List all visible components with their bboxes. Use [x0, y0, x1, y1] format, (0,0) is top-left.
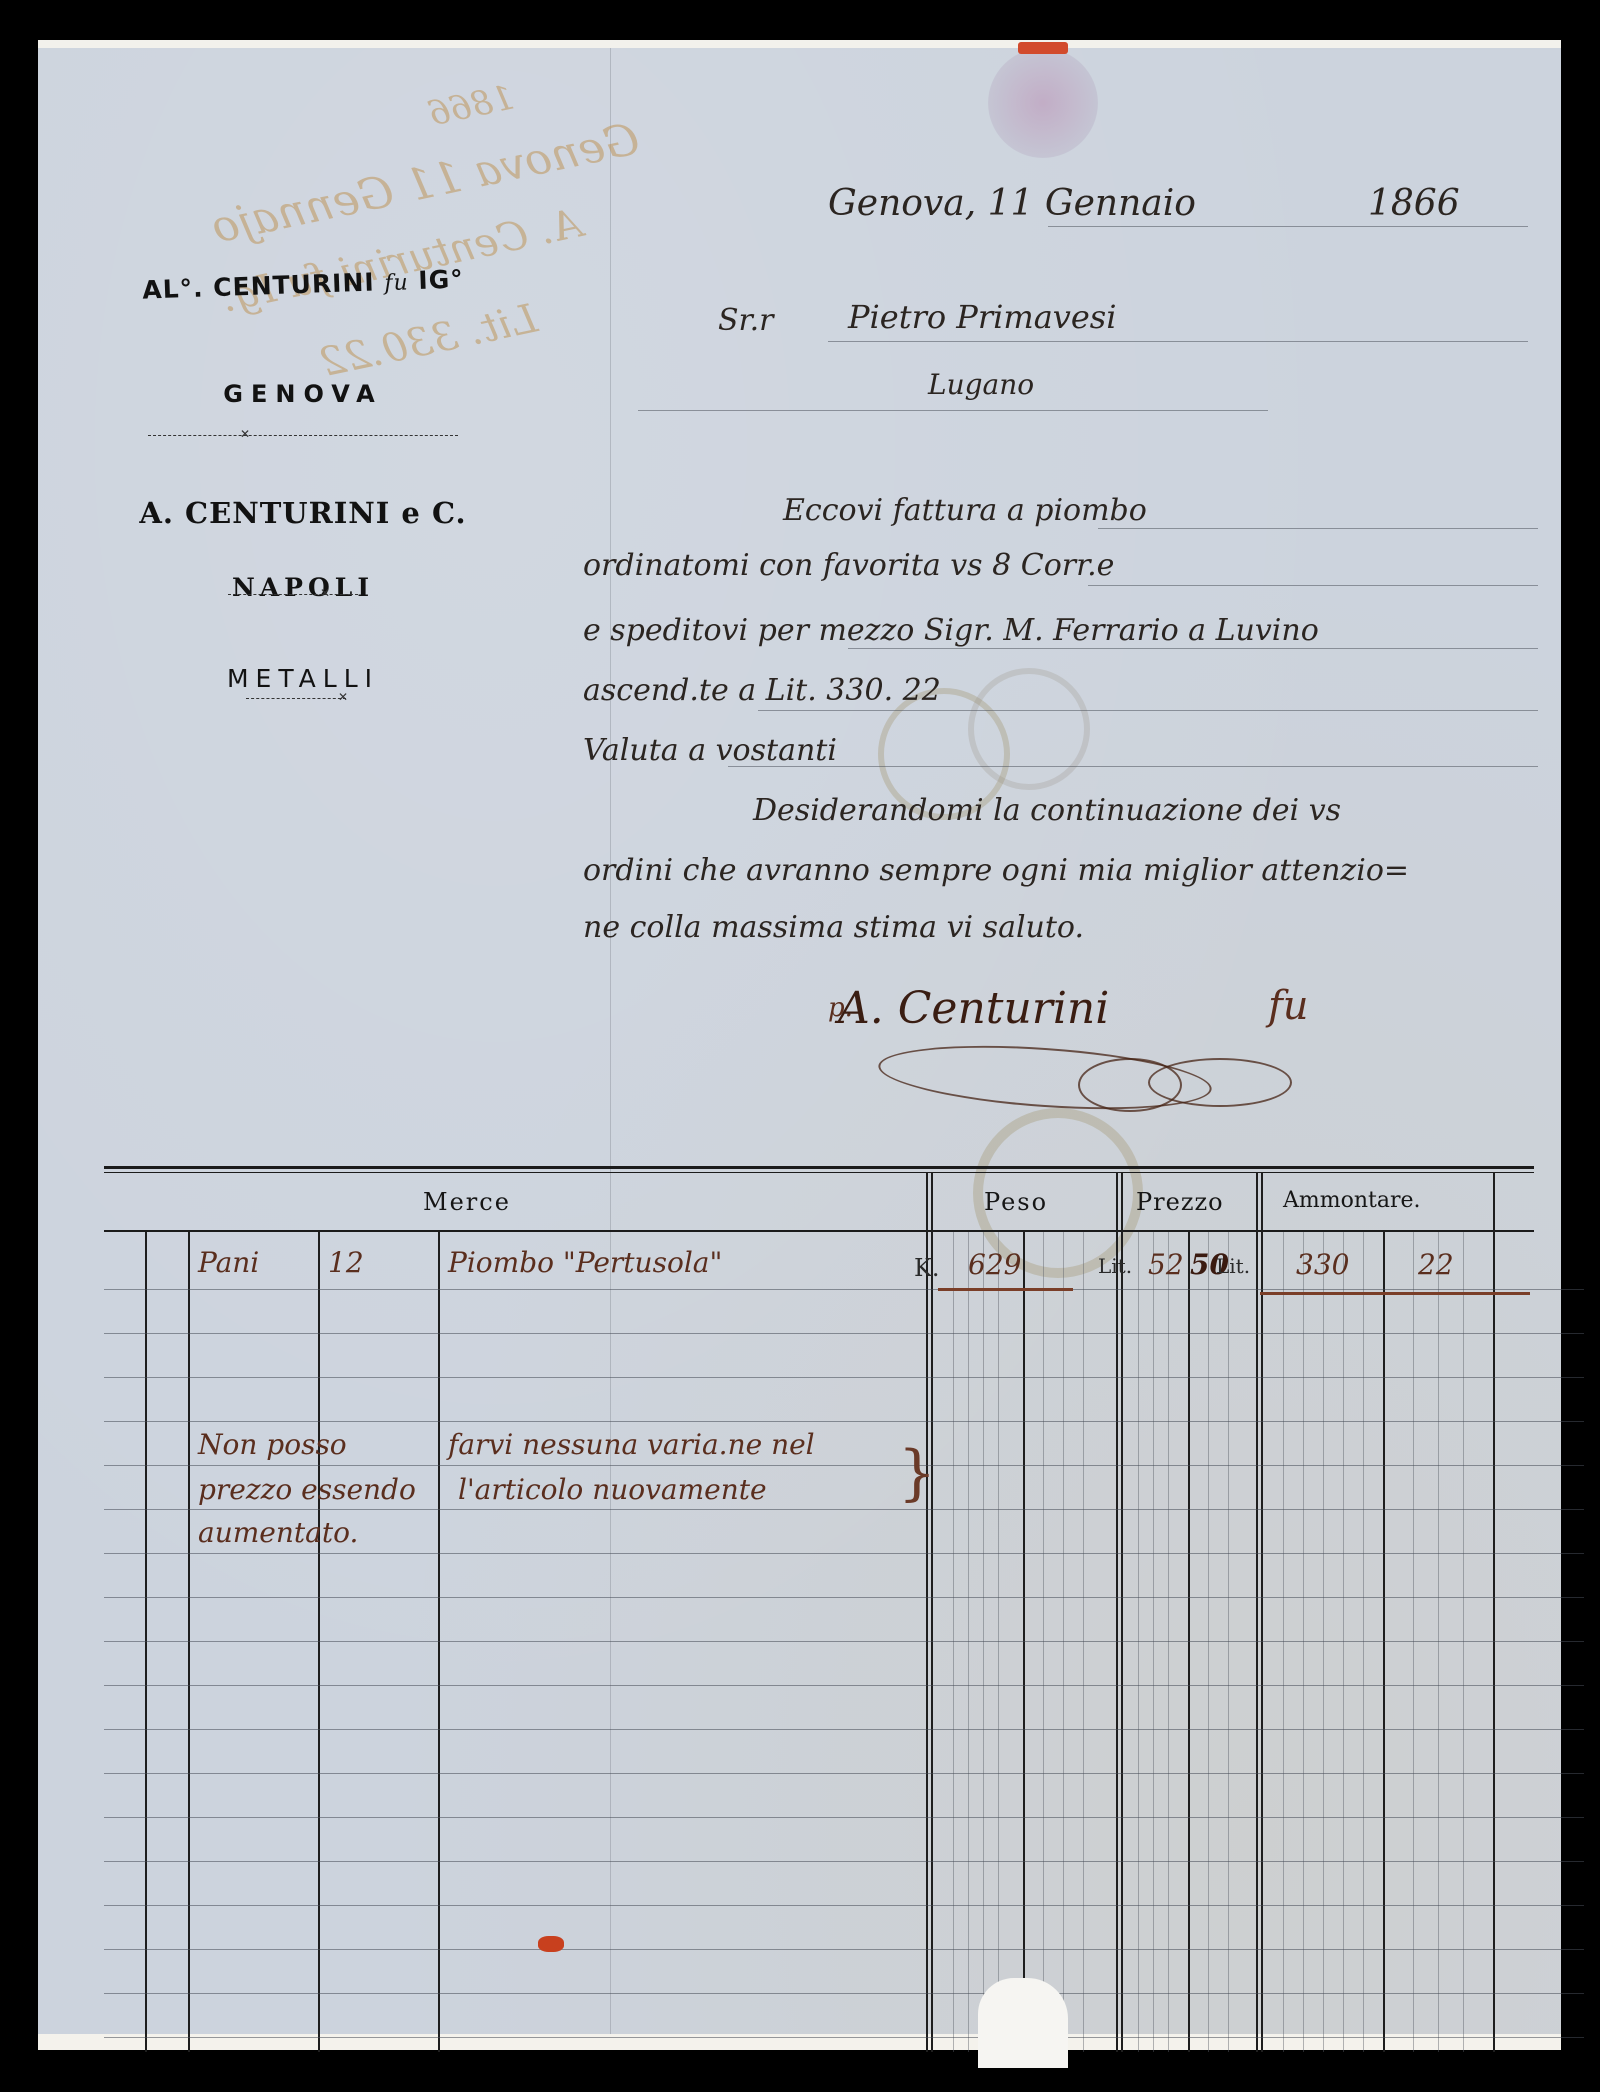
column-divider	[1188, 1232, 1190, 2052]
cell-amount-cents: 22	[1418, 1248, 1454, 1281]
column-header-prezzo: Prezzo	[1136, 1188, 1224, 1216]
grid-line	[1153, 1232, 1154, 2052]
amount-underline	[1260, 1292, 1530, 1295]
column-divider	[438, 1232, 440, 2052]
ledger-line	[104, 1817, 1584, 1818]
letterhead-branch-city: NAPOLI	[133, 573, 473, 602]
body-line: ascend.te a Lit. 330. 22	[583, 673, 941, 708]
cell-amount-lire: 330	[1296, 1248, 1349, 1281]
column-divider	[1493, 1172, 1495, 2052]
firm-name: AL°. CENTURINI	[142, 268, 375, 305]
recipient-name: Pietro Primavesi	[848, 298, 1116, 336]
ornament-divider	[246, 698, 346, 700]
ledger-line	[104, 1465, 1584, 1466]
grid-line	[1208, 1232, 1209, 2052]
grid-line	[998, 1232, 999, 2052]
paper-tear	[978, 1978, 1068, 2068]
signature-suffix: fu	[1268, 983, 1309, 1029]
bleed-through-line: Lit. 330.22	[316, 296, 542, 387]
body-rule	[728, 766, 1538, 767]
cell-price: 52	[1148, 1248, 1184, 1281]
note-right: l'articolo nuovamente	[458, 1473, 767, 1506]
column-divider	[188, 1232, 190, 2052]
signature: A. Centurini	[838, 983, 1109, 1034]
column-header-ammontare: Ammontare.	[1283, 1188, 1421, 1213]
grid-line	[1303, 1232, 1304, 2052]
recipient-rule	[828, 341, 1528, 342]
table-top-rule	[104, 1172, 1534, 1173]
cell-amount-prefix: Lit.	[1216, 1254, 1250, 1278]
cell-price-prefix: Lit.	[1098, 1254, 1132, 1278]
ledger-line	[104, 1421, 1584, 1422]
column-divider	[926, 1172, 928, 2052]
column-divider	[1121, 1172, 1123, 2052]
note-bracket: }	[898, 1438, 936, 1508]
place-date: Genova, 11 Gennaio	[828, 183, 1196, 224]
grid-line	[1343, 1232, 1344, 2052]
column-divider	[145, 1232, 147, 2052]
ledger-line	[104, 1333, 1584, 1334]
signature-flourish	[1148, 1058, 1292, 1107]
body-line: ne colla massima stima vi saluto.	[583, 910, 1084, 945]
body-rule	[1088, 585, 1538, 586]
wax-seal-remnant	[1018, 42, 1068, 54]
note-left: Non posso	[198, 1428, 347, 1461]
column-divider	[318, 1232, 320, 2052]
ledger-line	[104, 1861, 1584, 1862]
grid-line	[1063, 1232, 1064, 2052]
note-left: aumentato.	[198, 1516, 358, 1549]
ledger-line	[104, 1905, 1584, 1906]
grid-line	[1138, 1232, 1139, 2052]
cell-weight-prefix: K.	[914, 1254, 940, 1282]
note-left: prezzo essendo	[198, 1473, 416, 1506]
firm-initial: IG°	[418, 264, 464, 295]
ink-spot	[538, 1936, 564, 1952]
cell-description: Piombo "Pertusola"	[448, 1246, 722, 1279]
body-line: Valuta a vostanti	[583, 733, 837, 768]
letterhead-city: GENOVA	[133, 380, 473, 408]
cell-quantity: 12	[328, 1246, 364, 1279]
column-divider	[1256, 1172, 1258, 2052]
body-line: Eccovi fattura a piombo	[783, 493, 1147, 528]
year: 1866	[1368, 183, 1460, 224]
ledger-line	[104, 1949, 1584, 1950]
cell-unit: Pani	[198, 1246, 259, 1279]
note-right: farvi nessuna varia.ne nel	[448, 1428, 815, 1461]
body-line: ordinatomi con favorita vs 8 Corr.e	[583, 548, 1114, 583]
ledger-line	[104, 2037, 1584, 2038]
ledger-line	[104, 1509, 1584, 1510]
ledger-line	[104, 1289, 1584, 1290]
ledger-line	[104, 1773, 1584, 1774]
column-header-merce: Merce	[423, 1188, 511, 1216]
grid-line	[1363, 1232, 1364, 2052]
bleed-through-year: 1866	[425, 77, 518, 134]
weight-underline	[938, 1288, 1073, 1291]
body-line: e speditovi per mezzo Sigr. M. Ferrario …	[583, 613, 1319, 648]
body-line: ordini che avranno sempre ogni mia migli…	[583, 853, 1409, 888]
postmark-stamp	[968, 668, 1090, 790]
body-rule	[758, 710, 1538, 711]
letterhead-trade: METALLI	[133, 664, 473, 693]
ledger-line	[104, 1553, 1584, 1554]
column-divider	[931, 1172, 933, 2052]
body-line: Desiderandomi la continuazione dei vs	[753, 793, 1341, 828]
recipient-city-rule	[638, 410, 1268, 411]
column-divider	[1261, 1172, 1263, 2052]
grid-line	[1463, 1232, 1464, 2052]
grid-line	[1413, 1232, 1414, 2052]
date-rule	[1048, 226, 1528, 227]
ledger-line	[104, 1597, 1584, 1598]
letterhead-branch: A. CENTURINI e C.	[133, 496, 473, 530]
body-rule	[1098, 528, 1538, 529]
ledger-line	[104, 1377, 1584, 1378]
column-divider	[1023, 1232, 1025, 2052]
letter-sheet: 1866 Genova 11 Gennajo A. Centurini fu I…	[38, 40, 1561, 2050]
grid-line	[1043, 1232, 1044, 2052]
ledger-line	[104, 1993, 1584, 1994]
grid-line	[953, 1232, 954, 2052]
grid-line	[1323, 1232, 1324, 2052]
salutation-prefix: Sr.r	[718, 303, 773, 338]
fold-line	[610, 48, 611, 2034]
table-top-rule	[104, 1166, 1534, 1169]
firm-suffix: fu	[384, 270, 409, 296]
ornament-divider	[228, 594, 358, 596]
letterhead-firm: AL°. CENTURINI fu IG°	[133, 264, 474, 305]
recipient-city: Lugano	[928, 368, 1034, 401]
grid-line	[1283, 1232, 1284, 2052]
ledger-line	[104, 1685, 1584, 1686]
body-rule	[848, 648, 1538, 649]
ornament-divider	[148, 435, 458, 437]
grid-line	[1228, 1232, 1229, 2052]
grid-line	[1168, 1232, 1169, 2052]
grid-line	[1438, 1232, 1439, 2052]
grid-line	[983, 1232, 984, 2052]
column-divider	[1116, 1172, 1118, 2052]
grid-line	[1083, 1232, 1084, 2052]
column-header-peso: Peso	[984, 1188, 1048, 1216]
wax-seal-mark	[988, 48, 1098, 158]
cell-weight: 629	[968, 1248, 1021, 1281]
column-divider	[1383, 1232, 1385, 2052]
grid-line	[968, 1232, 969, 2052]
ledger-line	[104, 1729, 1584, 1730]
ledger-line	[104, 1641, 1584, 1642]
